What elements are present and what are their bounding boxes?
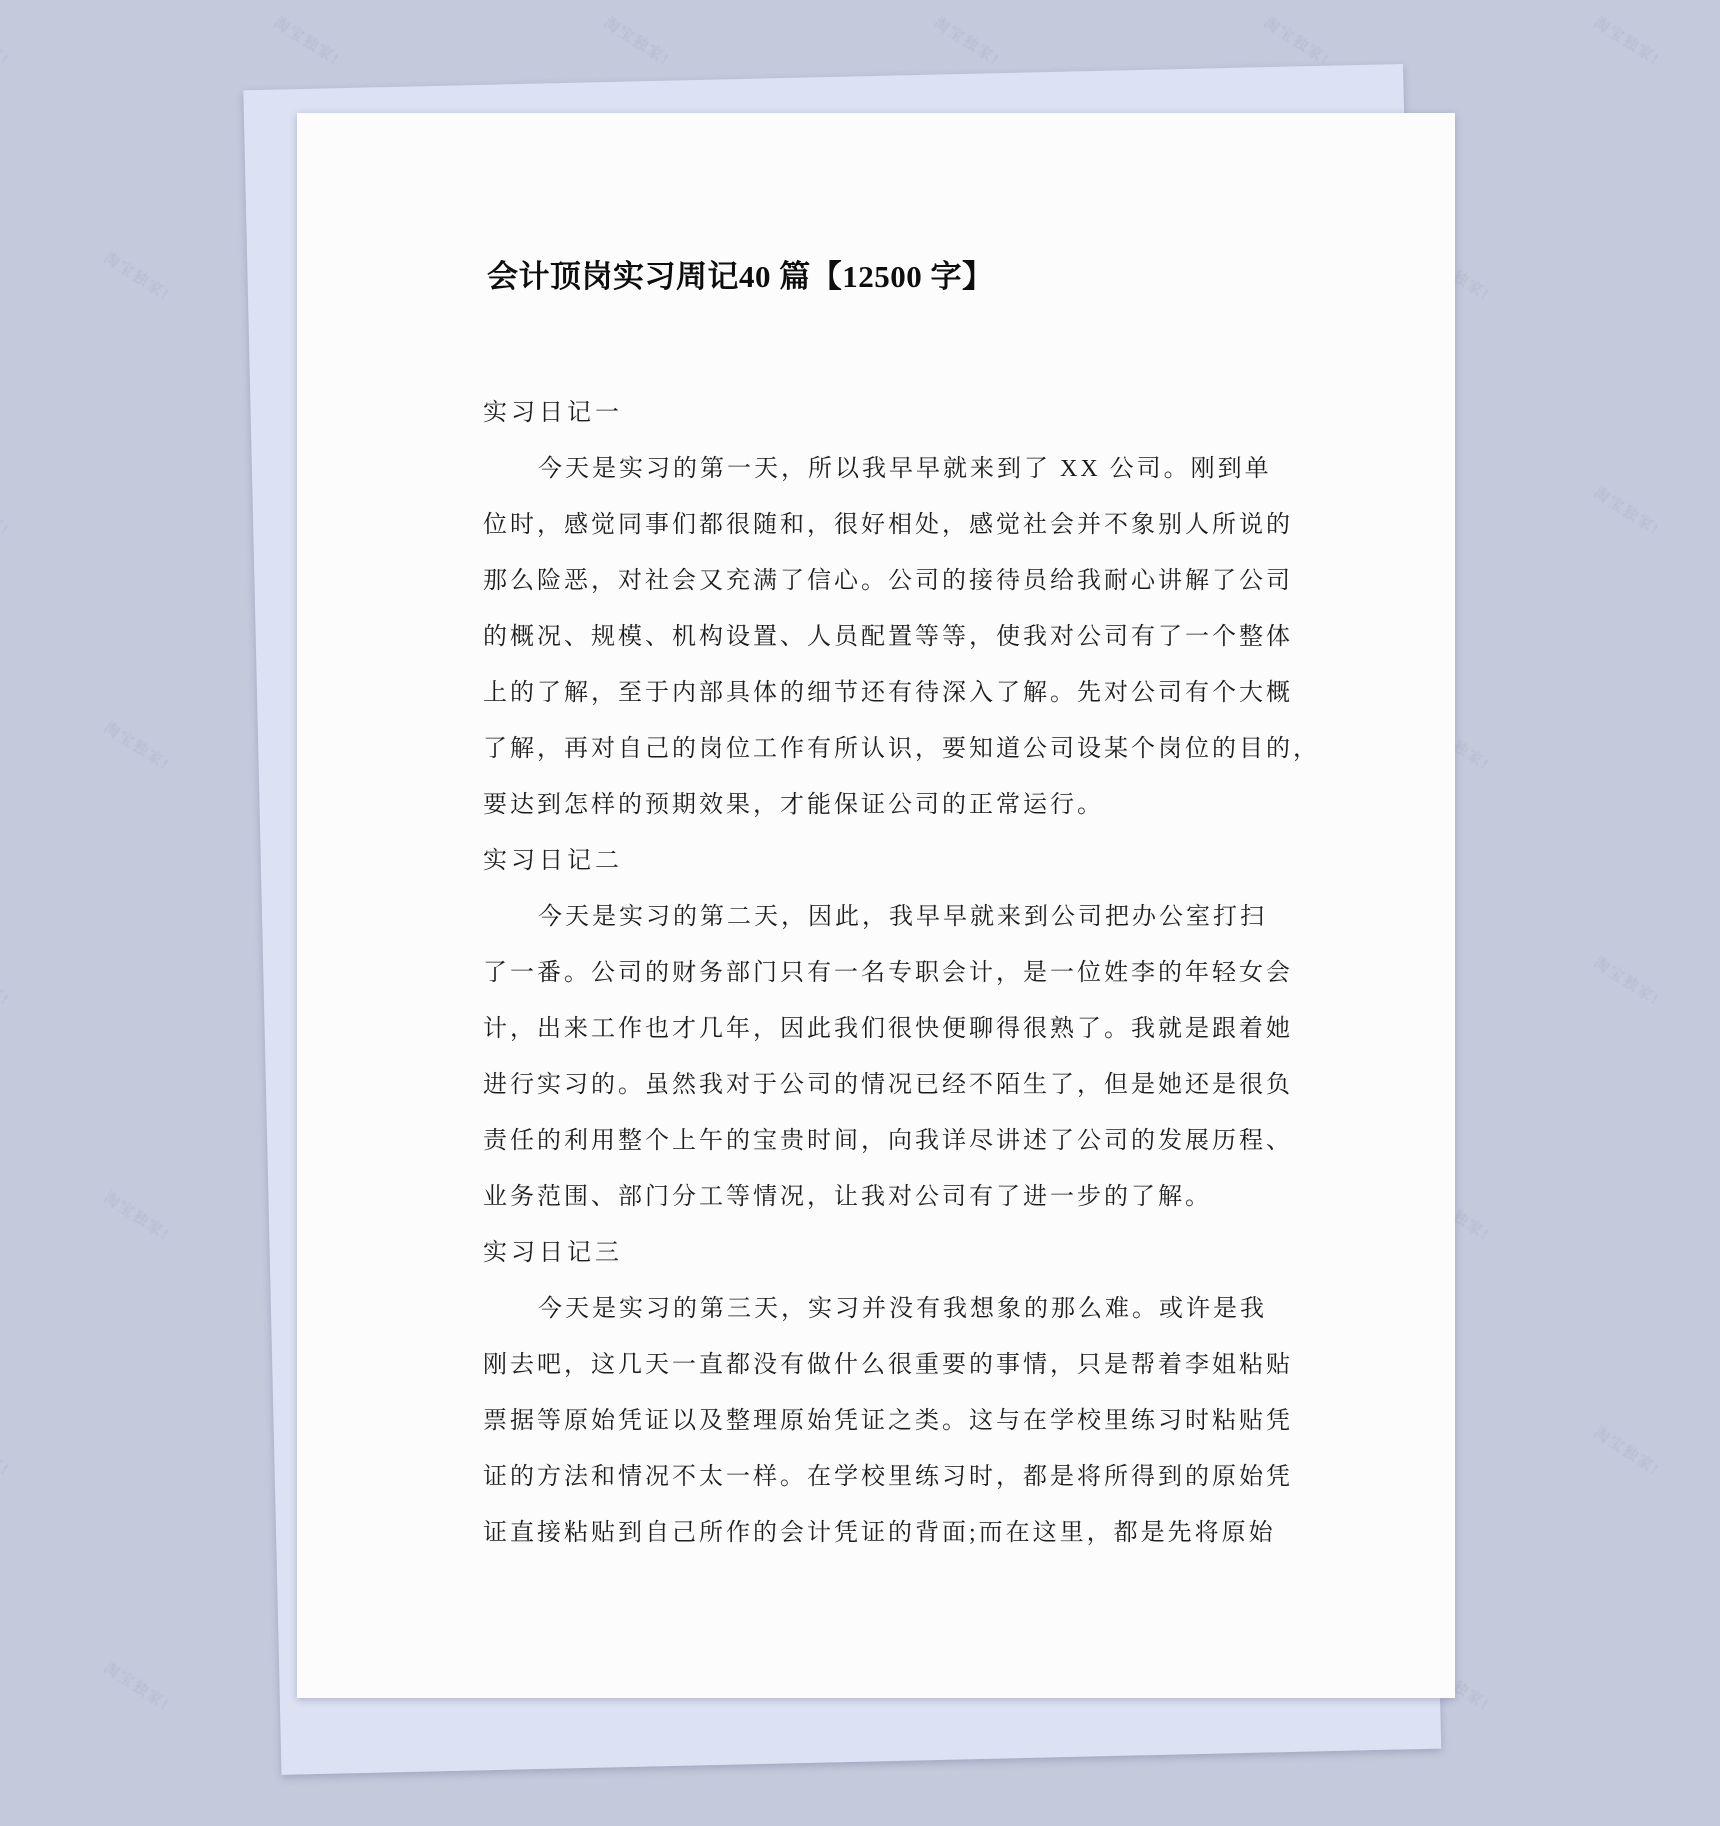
paragraph-line: 票据等原始凭证以及整理原始凭证之类。这与在学校里练习时粘贴凭 (483, 1393, 1328, 1449)
paragraph-line: 的概况、规模、机构设置、人员配置等等，使我对公司有了一个整体 (483, 609, 1328, 665)
section-heading-2: 实习日记二 (483, 833, 1328, 889)
paragraph-line: 今天是实习的第二天，因此，我早早就来到公司把办公室打扫 (483, 889, 1328, 945)
paragraph-line: 位时，感觉同事们都很随和，很好相处，感觉社会并不象别人所说的 (483, 497, 1328, 553)
paragraph-line: 今天是实习的第三天，实习并没有我想象的那么难。或许是我 (483, 1281, 1328, 1337)
paragraph-line: 责任的利用整个上午的宝贵时间，向我详尽讲述了公司的发展历程、 (483, 1113, 1328, 1169)
paragraph-line: 了一番。公司的财务部门只有一名专职会计，是一位姓李的年轻女会 (483, 945, 1328, 1001)
section-heading-1: 实习日记一 (483, 385, 1328, 441)
watermark-text: 淘宝独家! (1590, 951, 1664, 1009)
watermark-text: 淘宝独家! (0, 1421, 15, 1479)
watermark-text: 淘宝独家! (600, 11, 674, 69)
section-heading-3: 实习日记三 (483, 1225, 1328, 1281)
paragraph-line: 今天是实习的第一天，所以我早早就来到了 XX 公司。刚到单 (483, 441, 1328, 497)
paragraph-line: 证直接粘贴到自己所作的会计凭证的背面;而在这里，都是先将原始 (483, 1505, 1328, 1561)
paragraph-line: 那么险恶，对社会又充满了信心。公司的接待员给我耐心讲解了公司 (483, 553, 1328, 609)
watermark-text: 淘宝独家! (1260, 11, 1334, 69)
watermark-text: 淘宝独家! (0, 11, 15, 69)
watermark-text: 淘宝独家! (100, 246, 174, 304)
watermark-text: 淘宝独家! (930, 11, 1004, 69)
paragraph-line: 计，出来工作也才几年，因此我们很快便聊得很熟了。我就是跟着她 (483, 1001, 1328, 1057)
watermark-text: 淘宝独家! (0, 481, 15, 539)
paragraph-line: 了解，再对自己的岗位工作有所认识，要知道公司设某个岗位的目的， (483, 721, 1328, 777)
paragraph-line: 进行实习的。虽然我对于公司的情况已经不陌生了，但是她还是很负 (483, 1057, 1328, 1113)
paragraph-line: 业务范围、部门分工等情况，让我对公司有了进一步的了解。 (483, 1169, 1328, 1225)
watermark-text: 淘宝独家! (270, 11, 344, 69)
document-body: 实习日记一今天是实习的第一天，所以我早早就来到了 XX 公司。刚到单位时，感觉同… (483, 385, 1328, 1561)
paragraph-line: 要达到怎样的预期效果，才能保证公司的正常运行。 (483, 777, 1328, 833)
watermark-text: 淘宝独家! (100, 1186, 174, 1244)
watermark-text: 淘宝独家! (1590, 1421, 1664, 1479)
watermark-text: 淘宝独家! (1590, 481, 1664, 539)
watermark-text: 淘宝独家! (100, 716, 174, 774)
paragraph-line: 证的方法和情况不太一样。在学校里练习时，都是将所得到的原始凭 (483, 1449, 1328, 1505)
desk-background: 淘宝独家!淘宝独家!淘宝独家!淘宝独家!淘宝独家!淘宝独家!淘宝独家!淘宝独家!… (0, 0, 1720, 1826)
document-page: 会计顶岗实习周记40 篇【12500 字】 实习日记一今天是实习的第一天，所以我… (297, 113, 1455, 1698)
watermark-text: 淘宝独家! (100, 1656, 174, 1714)
paragraph-line: 上的了解，至于内部具体的细节还有待深入了解。先对公司有个大概 (483, 665, 1328, 721)
watermark-text: 淘宝独家! (0, 951, 15, 1009)
paragraph-line: 刚去吧，这几天一直都没有做什么很重要的事情，只是帮着李姐粘贴 (483, 1337, 1328, 1393)
watermark-text: 淘宝独家! (1590, 11, 1664, 69)
page-title: 会计顶岗实习周记40 篇【12500 字】 (487, 251, 994, 296)
